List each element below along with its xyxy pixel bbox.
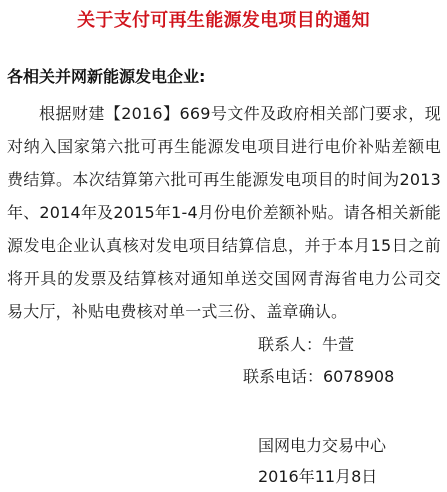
body-paragraph: 根据财建【2016】669号文件及政府相关部门要求，现对纳入国家第六批可再生能源…: [7, 97, 441, 328]
document-title: 关于支付可再生能源发电项目的通知: [0, 6, 447, 32]
issuer: 国网电力交易中心: [258, 433, 386, 456]
salutation: 各相关并网新能源发电企业:: [7, 64, 205, 87]
issue-date: 2016年11月8日: [258, 464, 377, 487]
contact-person: 联系人：牛萱: [258, 332, 354, 355]
contact-phone: 联系电话：6078908: [243, 364, 394, 387]
